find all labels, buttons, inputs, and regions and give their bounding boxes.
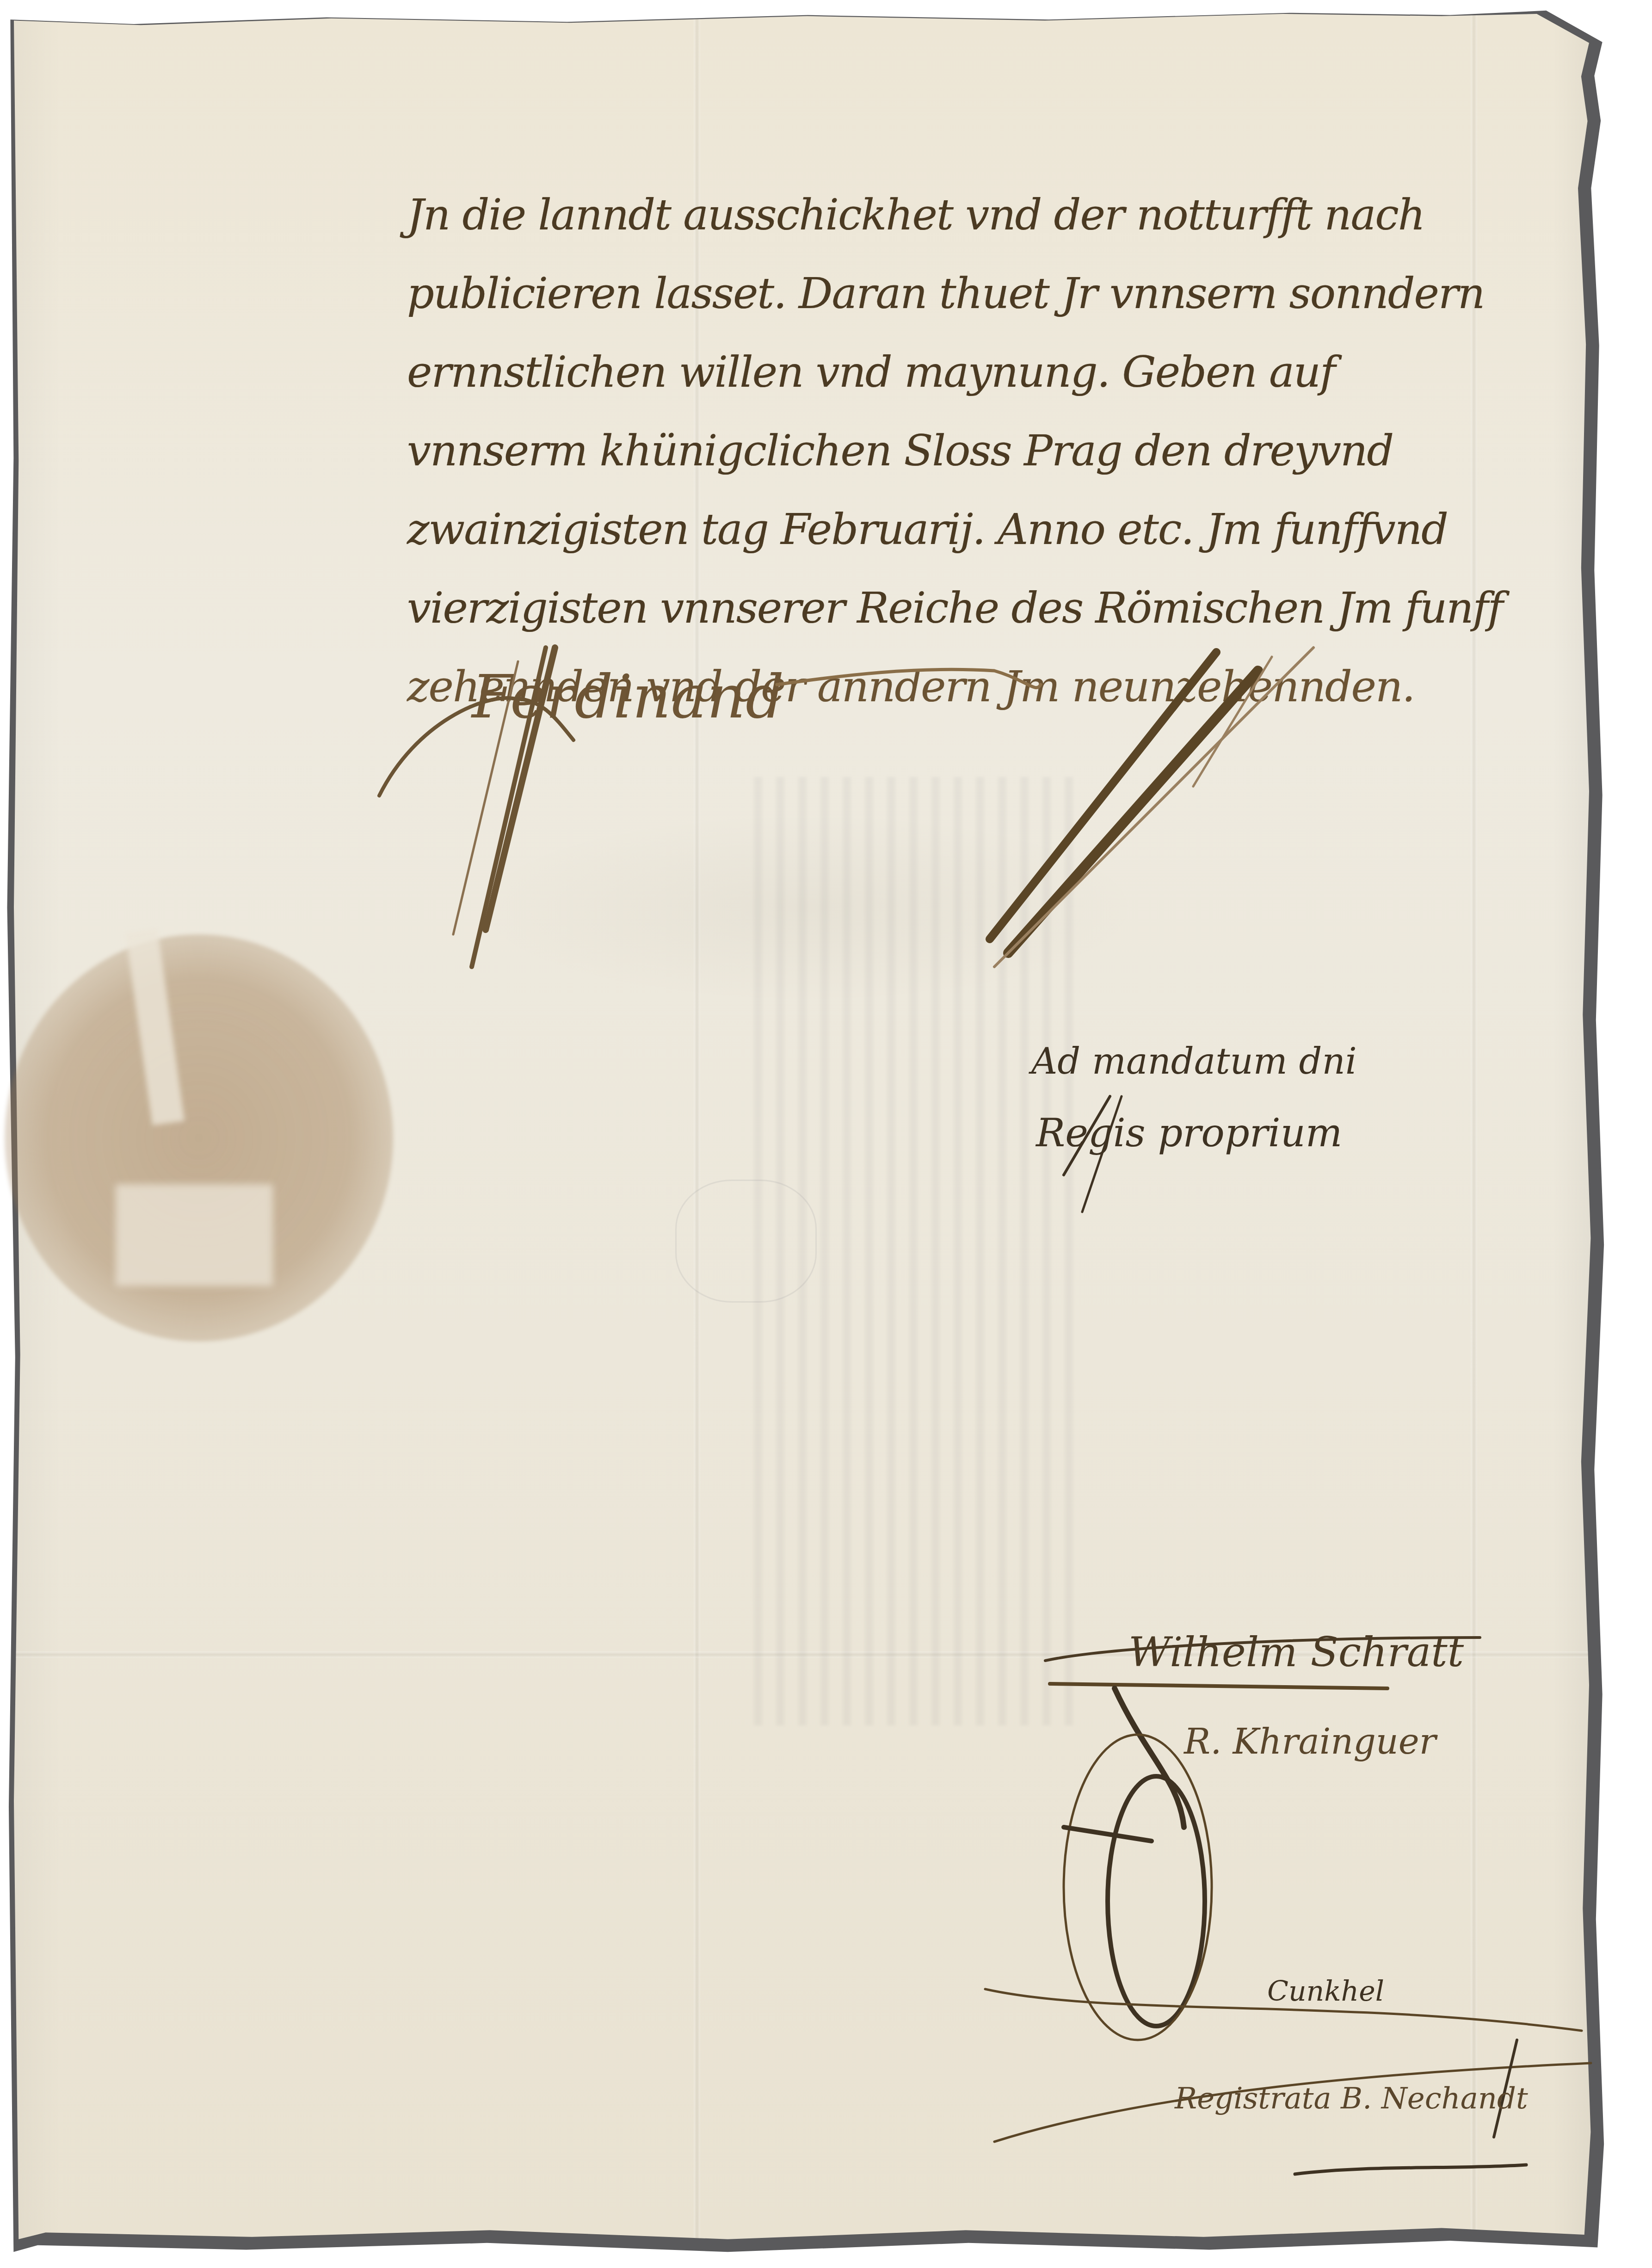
text-line: publicieren lasset. Daran thuet Jr vnnse… [407,254,1461,333]
text-line: ernnstlichen willen vnd maynung. Geben a… [407,333,1461,412]
text-line: zwainzigisten tag Februarij. Anno etc. J… [407,490,1461,569]
countersign-annotation-line1: Ad mandatum dni [1031,1041,1357,1082]
seal-crack [116,1184,273,1286]
text-line: vnnserm khünigclichen Sloss Prag den dre… [407,412,1461,490]
secretary-signature-1: Wilhelm Schratt [1128,1628,1464,1676]
registrar-signature: Registrata B. Nechandt [1175,2082,1528,2116]
secretary-signature-2: R. Khrainguer [1184,1721,1436,1762]
secretary-signature-3: Cunkhel [1267,1975,1384,2008]
royal-signature: Ferdinand [472,661,784,732]
fold-line-vertical-right [1471,14,1477,2248]
countersign-annotation-line2: Regis proprium [1036,1110,1342,1156]
letter-body: Jn die lanndt ausschickhet vnd der nottu… [407,176,1461,726]
watermark [675,1180,817,1303]
text-line: vierzigisten vnnserer Reiche des Römisch… [407,569,1461,648]
text-line: Jn die lanndt ausschickhet vnd der nottu… [407,176,1461,254]
